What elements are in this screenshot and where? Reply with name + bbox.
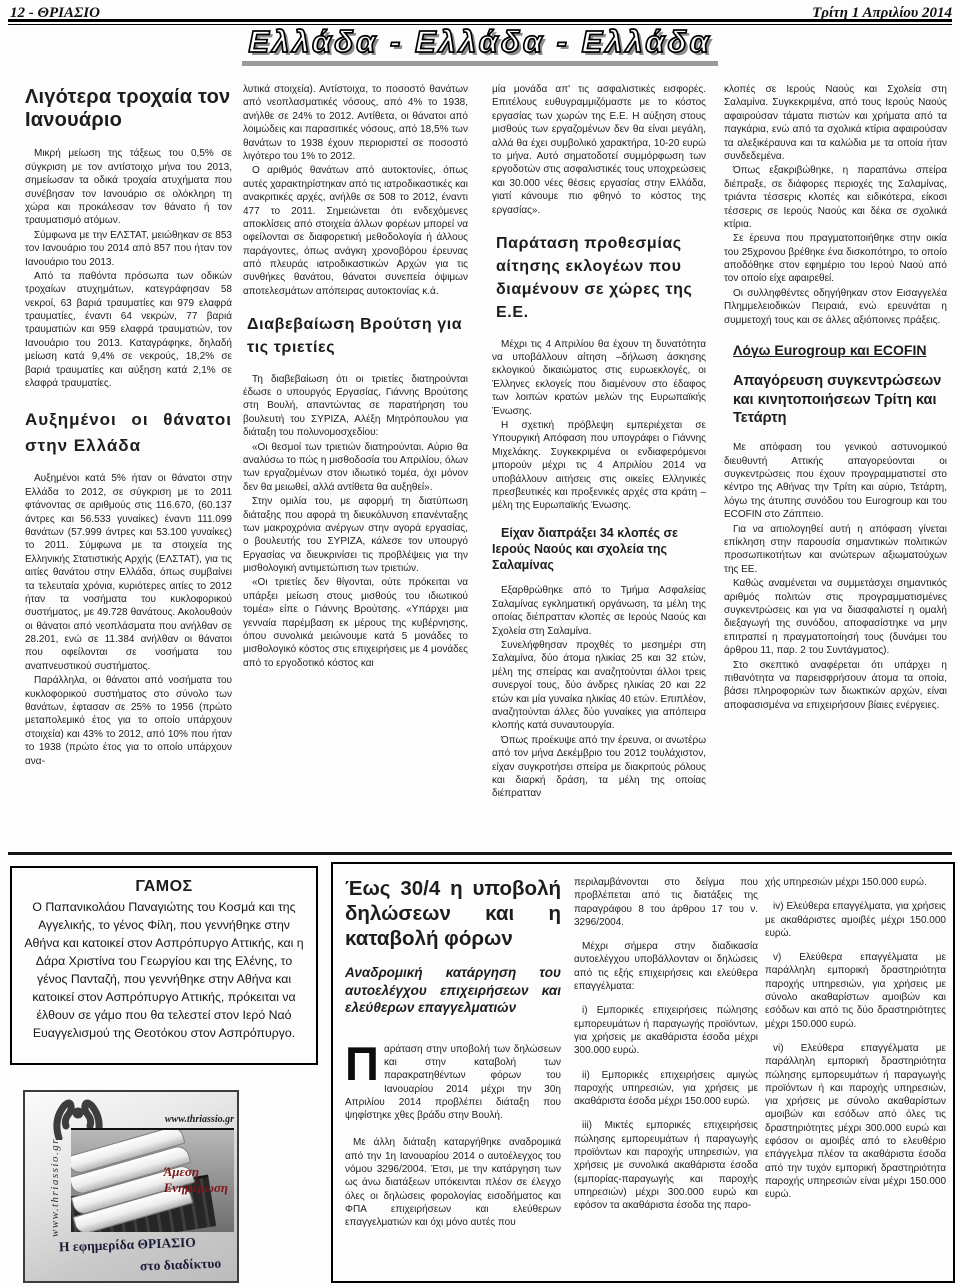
promo-tagline-line1: Άμεση bbox=[164, 1164, 228, 1180]
article-title-vroutsis: Διαβεβαίωση Βρούτση για τις τριετίες bbox=[247, 313, 468, 359]
article-title-ban: Απαγόρευση συγκεντρώσεων και κινητοποιήσ… bbox=[733, 372, 947, 429]
thriassio-web-promo-image: www.thriassio.gr www.thriassio.gr Άμεση … bbox=[23, 1090, 239, 1283]
promo-caption-line1: Η εφημερίδα ΘΡΙΑΣΙΟ bbox=[59, 1235, 196, 1256]
article-paragraph: Αυξημένοι κατά 5% ήταν οι θάνατοι στην Ε… bbox=[25, 472, 232, 673]
article-paragraph: vi) Ελεύθερα επαγγέλματα με παράλληλη εμ… bbox=[765, 1042, 946, 1202]
section-banner-title: Ελλάδα - Ελλάδα - Ελλάδα bbox=[248, 24, 711, 59]
article-paragraph: Σύμφωνα με την ΕΛΣΤΑΤ, μειώθηκαν σε 853 … bbox=[25, 229, 232, 269]
article-paragraph: Όπως προέκυψε από την έρευνα, οι ανωτέρω… bbox=[492, 734, 706, 801]
article-paragraph: Με απόφαση του γενικού αστυνομικού διευθ… bbox=[724, 441, 947, 521]
promo-tagline: Άμεση Ενημέρωση bbox=[164, 1164, 228, 1197]
wedding-body: Ο Παπανικολάου Παναγιώτης του Κοσμά και … bbox=[24, 899, 304, 1043]
article-paragraph: Συνελήφθησαν προχθές το μεσημέρι στη Σαλ… bbox=[492, 639, 706, 733]
newspaper-page: 12 - ΘΡΙΑΣΙΟ Τρίτη 1 Απριλίου 2014 Ελλάδ… bbox=[0, 0, 960, 1287]
tax-column-1: Έως 30/4 η υποβολή δηλώσεων και η καταβο… bbox=[345, 876, 561, 1241]
article-paragraph: Η σχετική πρόβλεψη εμπεριέχεται σε Υπουρ… bbox=[492, 419, 706, 513]
article-title-traffic: Λιγότερα τροχαία τον Ιανουάριο bbox=[25, 86, 232, 132]
article-title-thefts: Είχαν διαπράξει 34 κλοπές σε Ιερούς Ναού… bbox=[492, 525, 706, 574]
article-paragraph: ii) Εμπορικές επιχειρήσεις αμιγώς παροχή… bbox=[574, 1069, 758, 1109]
article-title-elections: Παράταση προθεσμίας αίτησης εκλογέων που… bbox=[496, 232, 706, 325]
drop-cap: Π bbox=[345, 1043, 384, 1083]
article-paragraph: λυτικά στοιχεία). Αντίστοιχα, το ποσοστό… bbox=[243, 83, 468, 163]
article-title-deaths: Αυξημένοι οι θάνατοι στην Ελλάδα bbox=[25, 407, 232, 458]
article-paragraph: Μικρή μείωση της τάξεως του 0,5% σε σύγκ… bbox=[25, 147, 232, 227]
wedding-title: ΓΑΜΟΣ bbox=[24, 878, 304, 896]
article-paragraph: κλοπές σε Ιερούς Ναούς και Σχολεία στη Σ… bbox=[724, 83, 947, 163]
article-paragraph: iii) Μικτές εμπορικές επιχειρήσεις πώλησ… bbox=[574, 1119, 758, 1212]
article-paragraph: Τη διαβεβαίωση ότι οι τριετίες διατηρούν… bbox=[243, 373, 468, 440]
wedding-announcement-box: ΓΑΜΟΣ Ο Παπανικολάου Παναγιώτης του Κοσμ… bbox=[10, 866, 318, 1065]
article-paragraph: Καθώς αναμένεται να συμμετάσχει σημαντικ… bbox=[724, 577, 947, 657]
article-paragraph: v) Ελεύθερα επαγγέλματα με παράλληλη εμπ… bbox=[765, 951, 946, 1031]
promo-tagline-line2: Ενημέρωση bbox=[164, 1180, 228, 1196]
article-paragraph: Για να αιτιολογηθεί αυτή η απόφαση γίνετ… bbox=[724, 523, 947, 577]
article-paragraph: Μέχρι σήμερα στην διαδικασία αυτοελέγχου… bbox=[574, 940, 758, 993]
promo-vertical-url: www.thriassio.gr bbox=[49, 1138, 61, 1237]
tax-article-title: Έως 30/4 η υποβολή δηλώσεων και η καταβο… bbox=[345, 876, 561, 951]
section-banner: Ελλάδα - Ελλάδα - Ελλάδα bbox=[0, 24, 960, 66]
article-paragraph: Σε έρευνα που πραγματοποιήθηκε στην οικί… bbox=[724, 232, 947, 286]
promo-top-url: www.thriassio.gr bbox=[165, 1114, 234, 1125]
article-paragraph: Οι συλληφθέντες οδηγήθηκαν στον Εισαγγελ… bbox=[724, 287, 947, 327]
tax-column-3: χής υπηρεσιών μέχρι 150.000 ευρώ. iv) Ελ… bbox=[765, 876, 946, 1213]
section-banner-underline: Ελλάδα - Ελλάδα - Ελλάδα bbox=[242, 24, 717, 66]
column-2: λυτικά στοιχεία). Αντίστοιχα, το ποσοστό… bbox=[243, 83, 468, 671]
tax-column-2: περιλαμβάνονται στο δείγμα που προβλέπετ… bbox=[574, 876, 758, 1224]
tax-article-subtitle: Αναδρομική κατάργηση του αυτοελέγχου επι… bbox=[345, 964, 561, 1017]
article-paragraph: Όπως εξακριβώθηκε, η παραπάνω σπείρα διέ… bbox=[724, 164, 947, 231]
column-4: κλοπές σε Ιερούς Ναούς και Σχολεία στη Σ… bbox=[724, 83, 947, 713]
article-paragraph: Εξαρθρώθηκε από το Τμήμα Ασφαλείας Σαλαμ… bbox=[492, 584, 706, 638]
article-paragraph: Μέχρι τις 4 Απριλίου θα έχουν τη δυνατότ… bbox=[492, 338, 706, 418]
promo-caption-line2: στο διαδίκτυο bbox=[140, 1256, 222, 1275]
column-3: μία μονάδα απ' τις ασφαλιστικές εισφορές… bbox=[492, 83, 706, 802]
article-paragraph: χής υπηρεσιών μέχρι 150.000 ευρώ. bbox=[765, 876, 946, 889]
article-paragraph: Στην ομιλία του, με αφορμή τη διατύπωση … bbox=[243, 495, 468, 575]
article-paragraph: i) Εμπορικές επιχειρήσεις πώλησης εμπορε… bbox=[574, 1004, 758, 1057]
article-paragraph: «Οι θεσμοί των τριετιών διατηρούνται. Αύ… bbox=[243, 441, 468, 495]
article-paragraph: «Οι τριετίες δεν θίγονται, ούτε πρόκειτα… bbox=[243, 576, 468, 670]
article-paragraph: Παράταση στην υποβολή των δηλώσεων και σ… bbox=[345, 1043, 561, 1123]
article-paragraph: Από τα παθόντα πρόσωπα των οδικών τροχαί… bbox=[25, 270, 232, 391]
article-paragraph: Παράλληλα, οι θάνατοι από νοσήματα του κ… bbox=[25, 674, 232, 768]
section-divider-rule bbox=[8, 852, 952, 855]
article-paragraph: iv) Ελεύθερα επαγγέλματα, για χρήσεις με… bbox=[765, 900, 946, 940]
article-paragraph: μία μονάδα απ' τις ασφαλιστικές εισφορές… bbox=[492, 83, 706, 217]
article-paragraph: Με άλλη διάταξη καταργήθηκε αναδρομικά α… bbox=[345, 1136, 561, 1229]
article-paragraph: Στο σκεπτικό αναφέρεται ότι υπάρχει η πι… bbox=[724, 659, 947, 713]
tax-article-box: Έως 30/4 η υποβολή δηλώσεων και η καταβο… bbox=[331, 862, 955, 1283]
article-paragraph: Ο αριθμός θανάτων από αυτοκτονίες, όπως … bbox=[243, 164, 468, 298]
newspaper-stack-photo: Άμεση Ενημέρωση bbox=[71, 1128, 234, 1232]
column-1: Λιγότερα τροχαία τον Ιανουάριο Μικρή μεί… bbox=[25, 83, 232, 769]
article-kicker-eurogroup: Λόγω Eurogroup και ECOFIN bbox=[733, 341, 947, 360]
article-paragraph: περιλαμβάνονται στο δείγμα που προβλέπετ… bbox=[574, 876, 758, 929]
